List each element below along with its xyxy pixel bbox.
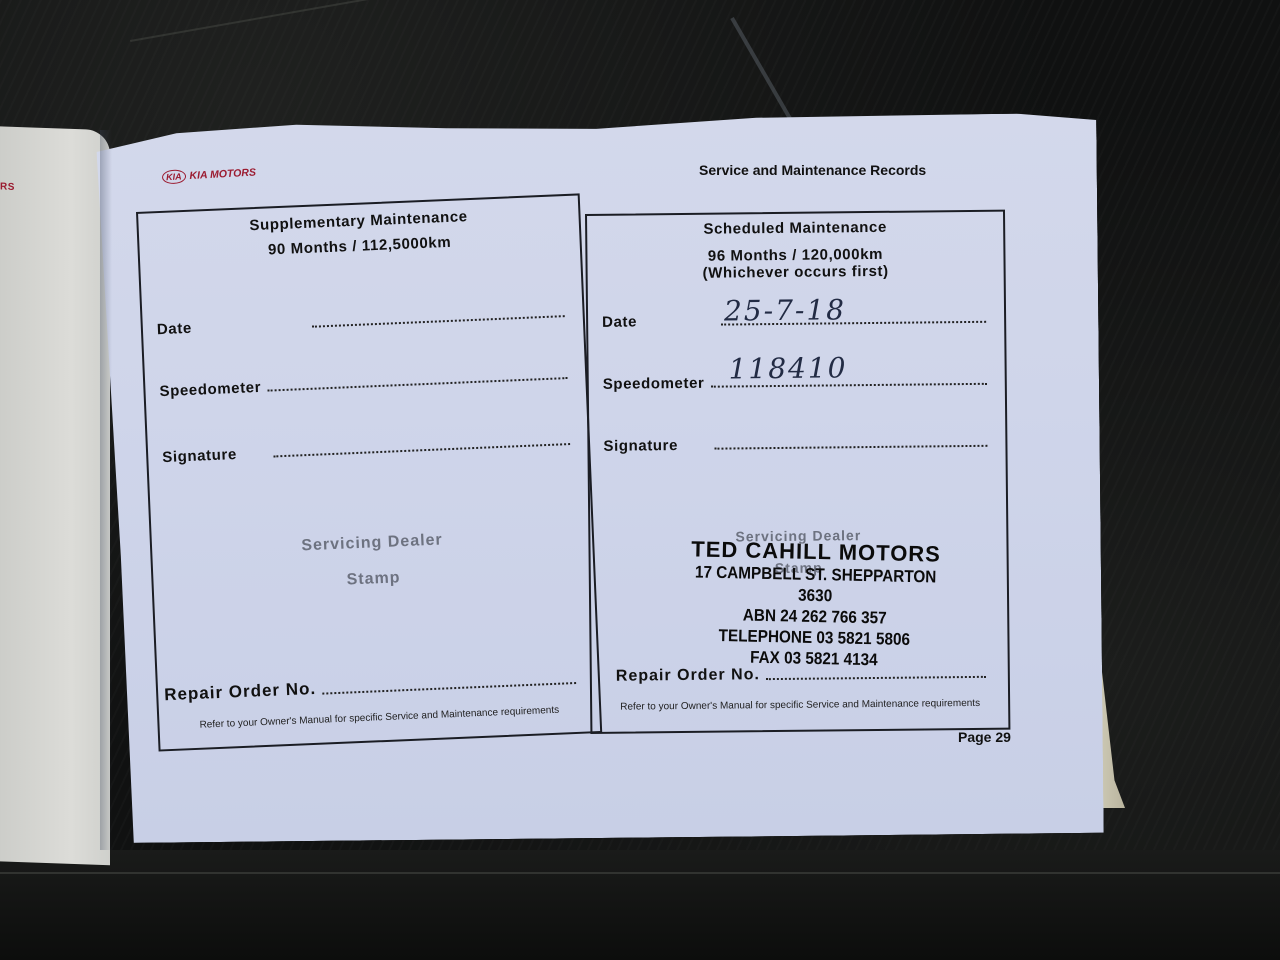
repair-order-line[interactable] bbox=[322, 681, 576, 695]
supplementary-maintenance-card: Supplementary Maintenance 90 Months / 11… bbox=[136, 193, 602, 751]
kia-logo-text: KIA MOTORS bbox=[189, 167, 256, 182]
section-title: Service and Maintenance Records bbox=[699, 162, 926, 178]
signature-label: Signature bbox=[603, 437, 678, 455]
signature-line[interactable] bbox=[714, 444, 987, 450]
date-label: Date bbox=[157, 320, 193, 338]
date-line[interactable] bbox=[312, 314, 565, 328]
kia-oval-icon: KIA bbox=[162, 169, 186, 184]
signature-field[interactable]: Signature bbox=[603, 434, 987, 455]
page-number: Page 29 bbox=[958, 729, 1011, 745]
previous-page-logo-fragment: RS bbox=[0, 181, 15, 193]
signature-label: Signature bbox=[162, 446, 237, 466]
date-field[interactable]: Date bbox=[157, 304, 565, 338]
floor-mat-edge bbox=[0, 850, 1280, 960]
speedometer-label: Speedometer bbox=[603, 375, 705, 393]
stamp-placeholder-line2: Stamp bbox=[153, 561, 593, 597]
card-heading: Scheduled Maintenance bbox=[587, 218, 1003, 239]
speedometer-field[interactable]: Speedometer bbox=[159, 366, 567, 400]
previous-page: RS bbox=[0, 126, 110, 866]
handwritten-date: 25-7-18 bbox=[724, 293, 846, 327]
repair-order-field[interactable]: Repair Order No. bbox=[164, 668, 576, 705]
card-interval-note: (Whichever occurs first) bbox=[588, 262, 1004, 283]
dealer-stamp: TED CAHILL MOTORS 17 CAMPBELL ST. SHEPPA… bbox=[659, 537, 972, 672]
repair-order-label: Repair Order No. bbox=[616, 666, 760, 686]
date-label: Date bbox=[602, 313, 637, 330]
speedometer-line[interactable] bbox=[267, 376, 567, 392]
repair-order-label: Repair Order No. bbox=[164, 679, 317, 705]
signature-field[interactable]: Signature bbox=[162, 432, 570, 466]
card-footnote: Refer to your Owner's Manual for specifi… bbox=[159, 703, 599, 732]
repair-order-line[interactable] bbox=[766, 675, 986, 680]
speedometer-label: Speedometer bbox=[159, 379, 261, 400]
spine-shadow bbox=[100, 130, 112, 850]
stamp-placeholder-line1: Servicing Dealer bbox=[152, 525, 592, 561]
card-footnote: Refer to your Owner's Manual for specifi… bbox=[592, 698, 1008, 713]
signature-line[interactable] bbox=[273, 442, 570, 457]
dealer-address: 17 CAMPBELL ST. SHEPPARTON 3630 bbox=[675, 561, 955, 609]
handwritten-speedometer: 118410 bbox=[728, 351, 847, 385]
